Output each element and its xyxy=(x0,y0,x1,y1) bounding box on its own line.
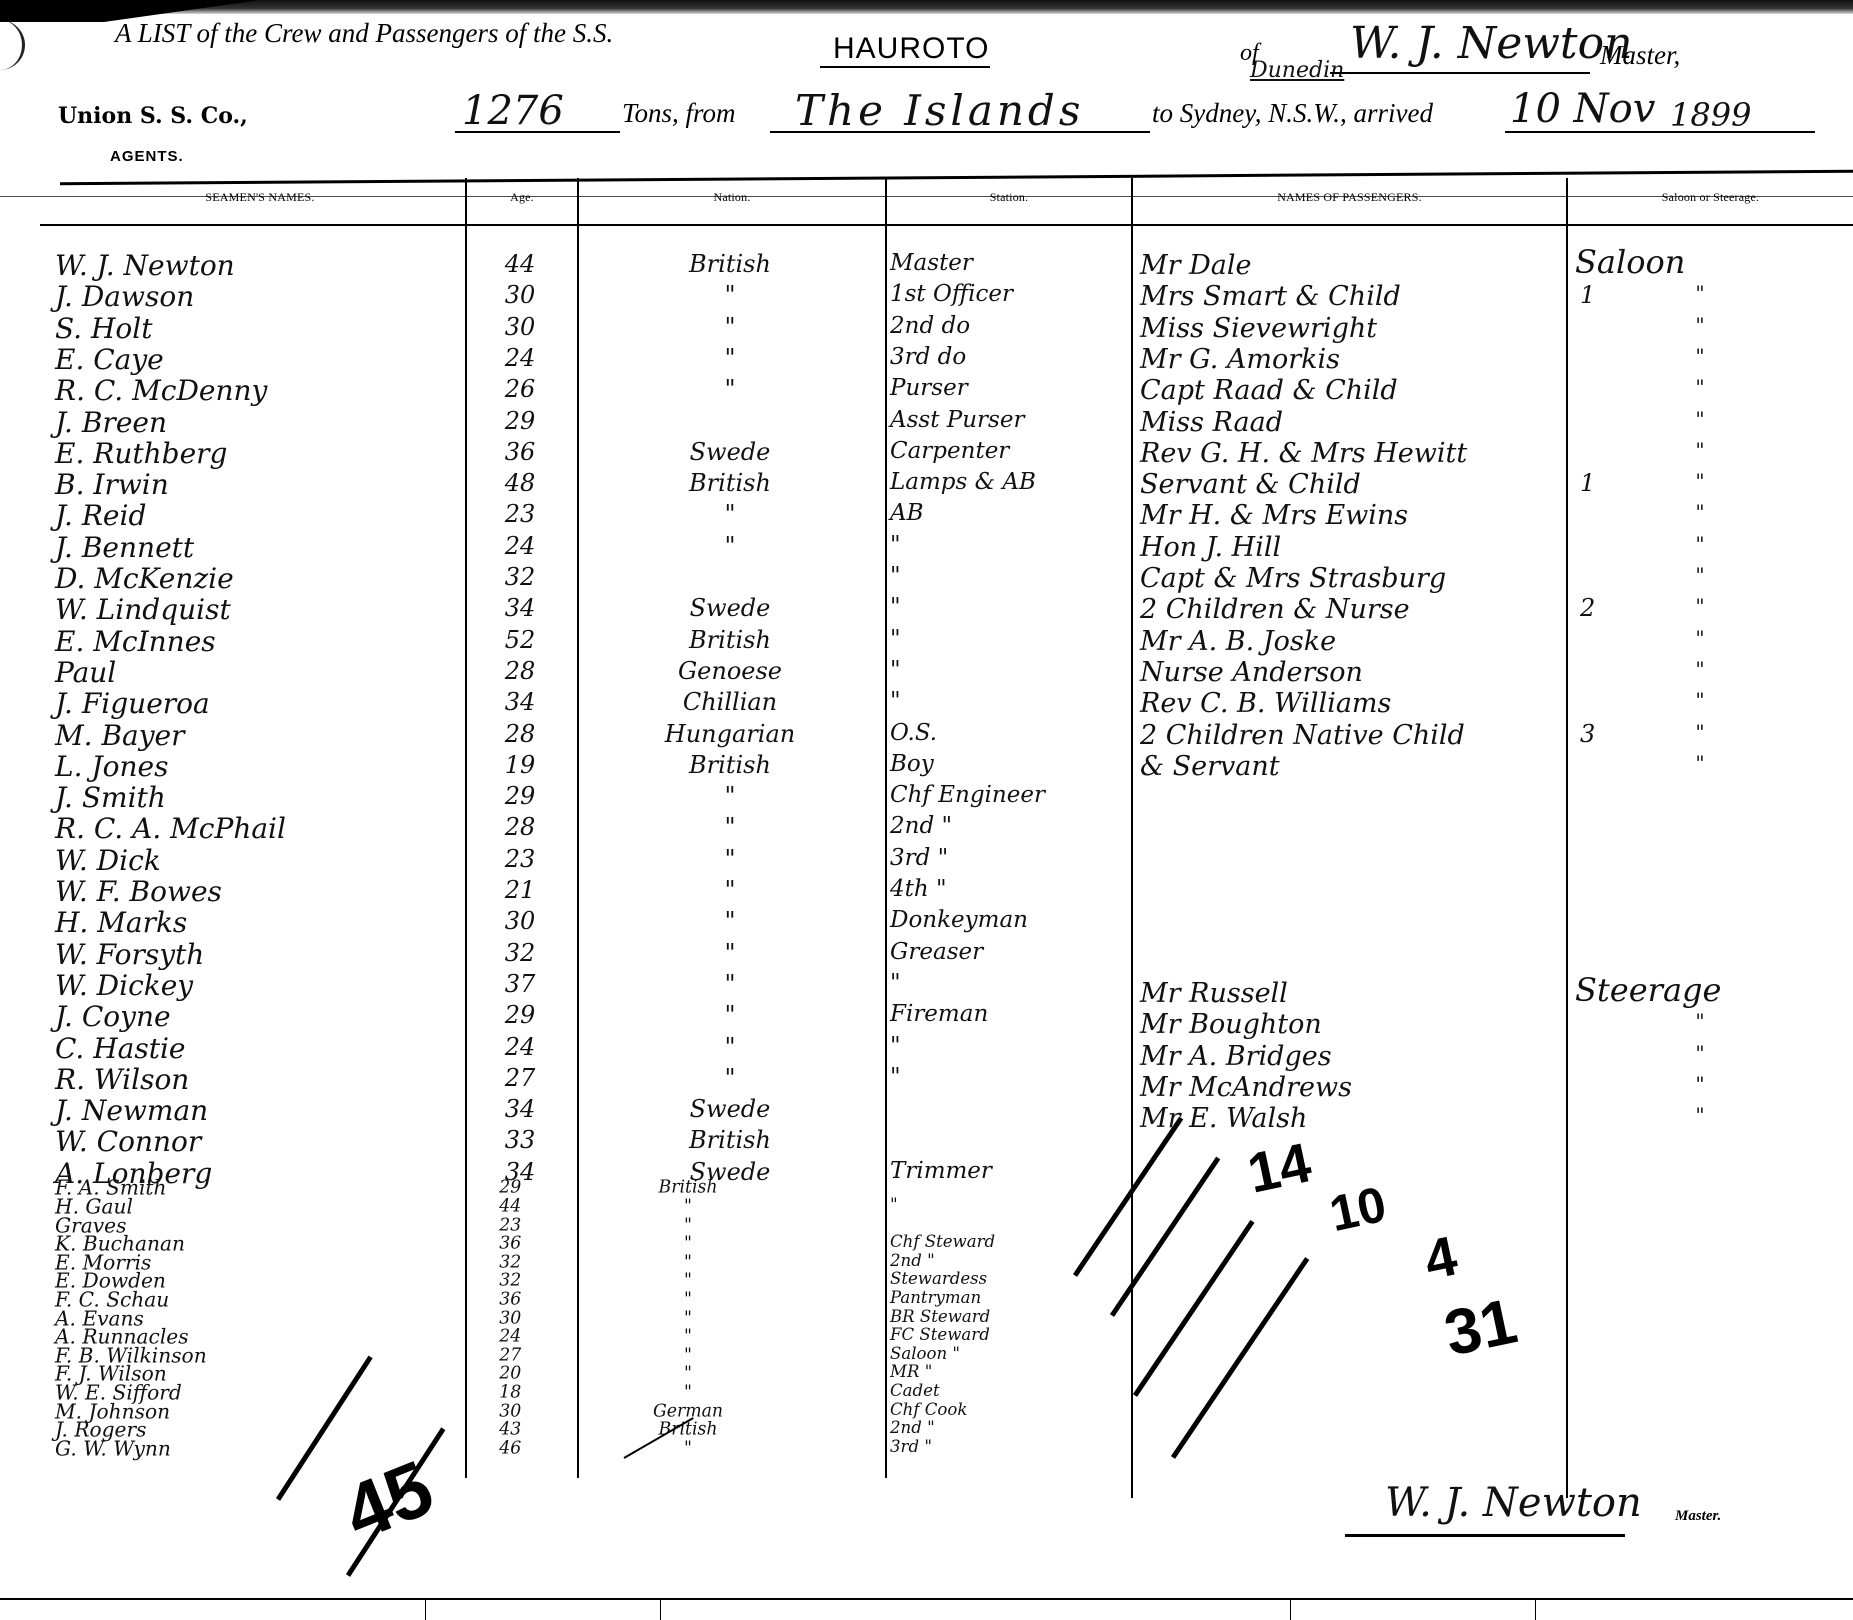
passenger-name: Mr Russell xyxy=(1140,980,1288,1007)
passenger-class: " xyxy=(1590,628,1810,648)
crew-station: O.S. xyxy=(890,722,1130,745)
crew-name: S. Holt xyxy=(55,315,152,343)
crew-age: 23 xyxy=(485,1216,535,1233)
crew-nation: " xyxy=(580,1271,796,1288)
crew-station: " xyxy=(890,972,1130,995)
passenger-name: 2 Children Native Child xyxy=(1140,722,1465,749)
crew-name: J. Coyne xyxy=(55,1003,171,1031)
crew-nation: " xyxy=(580,1197,796,1214)
crew-nation: Swede xyxy=(580,596,880,620)
crew-name: M. Bayer xyxy=(55,722,185,750)
crew-nation: Hungarian xyxy=(580,722,880,746)
crew-station: 3rd do xyxy=(890,346,1130,369)
passenger-class: " xyxy=(1590,596,1810,616)
column-header-station: Station. xyxy=(887,190,1131,205)
crew-age: 32 xyxy=(485,1253,535,1270)
crew-age: 28 xyxy=(485,659,555,683)
crew-station: Lamps & AB xyxy=(890,471,1130,494)
crew-station: Carpenter xyxy=(890,440,1130,463)
from-port-underline xyxy=(770,131,1150,133)
crew-name: D. McKenzie xyxy=(55,565,234,593)
passenger-class: " xyxy=(1590,502,1810,522)
crew-age: 34 xyxy=(485,690,555,714)
crew-age: 30 xyxy=(485,1309,535,1326)
passenger-class: " xyxy=(1590,1105,1810,1125)
crew-age: 30 xyxy=(485,909,555,933)
destination-label: to Sydney, N.S.W., arrived xyxy=(1152,98,1433,129)
crew-station: Greaser xyxy=(890,941,1130,964)
passenger-class: " xyxy=(1590,659,1810,679)
passenger-class: " xyxy=(1590,1074,1810,1094)
crew-station: Donkeyman xyxy=(890,909,1130,932)
crew-age: 43 xyxy=(485,1420,535,1437)
crew-nation: German xyxy=(580,1402,796,1419)
crew-nation: " xyxy=(580,1364,796,1381)
crew-age: 32 xyxy=(485,941,555,965)
scan-top-edge xyxy=(0,0,1853,14)
crew-station: Chf Steward xyxy=(890,1234,1063,1251)
passenger-class: " xyxy=(1590,377,1810,397)
passenger-name: Capt Raad & Child xyxy=(1140,377,1398,404)
crew-age: 30 xyxy=(485,315,555,339)
crew-nation: Swede xyxy=(580,1097,880,1121)
crew-station: " xyxy=(890,690,1130,713)
crew-name: J. Breen xyxy=(55,409,167,437)
crew-age: 34 xyxy=(485,1097,555,1121)
crew-nation: " xyxy=(580,909,880,933)
crew-station: " xyxy=(890,565,1130,588)
passenger-class: " xyxy=(1590,1011,1810,1031)
crew-age: 29 xyxy=(485,1178,535,1195)
crew-age: 29 xyxy=(485,1003,555,1027)
column-header-passengers: NAMES OF PASSENGERS. xyxy=(1133,190,1566,205)
arrival-date: 10 Nov xyxy=(1510,86,1655,132)
passenger-name: Mr Dale xyxy=(1140,252,1252,279)
crew-name: J. Newman xyxy=(55,1097,208,1125)
column-divider-age xyxy=(465,178,467,1478)
crew-age: 44 xyxy=(485,252,555,276)
crew-nation: British xyxy=(580,1420,796,1437)
stamp-mark xyxy=(0,20,25,70)
crew-station: MR " xyxy=(890,1364,1063,1381)
column-header-age: Age. xyxy=(467,190,577,205)
crew-station: Trimmer xyxy=(890,1160,1130,1183)
crew-station: BR Steward xyxy=(890,1309,1063,1326)
passenger-class: " xyxy=(1590,283,1810,303)
passenger-class: " xyxy=(1590,315,1810,335)
crew-name: B. Irwin xyxy=(55,471,169,499)
crew-nation: " xyxy=(580,283,880,307)
crew-age: 32 xyxy=(485,1271,535,1288)
crew-age: 23 xyxy=(485,847,555,871)
crew-nation: " xyxy=(580,972,880,996)
master-name-underline xyxy=(1330,72,1590,74)
tally-grand-total: 31 xyxy=(1438,1283,1523,1370)
crew-nation: " xyxy=(580,1234,796,1251)
crew-age: 29 xyxy=(485,409,555,433)
tonnage-value: 1276 xyxy=(462,88,564,134)
crew-station: Saloon " xyxy=(890,1346,1063,1363)
crew-station: 4th " xyxy=(890,878,1130,901)
footer-divider xyxy=(425,1598,426,1620)
passenger-class: " xyxy=(1590,471,1810,491)
passenger-class: " xyxy=(1590,722,1810,742)
crew-station: 2nd do xyxy=(890,315,1130,338)
crew-station: Pantryman xyxy=(890,1290,1063,1307)
master-signature: W. J. Newton xyxy=(1385,1480,1642,1526)
crew-nation: " xyxy=(580,1439,796,1456)
crew-name: W. Lindquist xyxy=(55,596,231,624)
crew-age: 30 xyxy=(485,1402,535,1419)
passenger-name: Rev C. B. Williams xyxy=(1140,690,1391,717)
crew-station: " xyxy=(890,1035,1130,1058)
crew-nation: British xyxy=(580,1178,796,1195)
crew-name: Paul xyxy=(55,659,116,687)
passenger-name: Rev G. H. & Mrs Hewitt xyxy=(1140,440,1467,467)
header-top-rule xyxy=(60,170,1853,186)
crew-name: W. Dick xyxy=(55,847,161,875)
crew-station: 3rd " xyxy=(890,847,1130,870)
document-title: A LIST of the Crew and Passengers of the… xyxy=(115,18,613,49)
tally-crew-total: 45 xyxy=(331,1442,446,1559)
passenger-name: Servant & Child xyxy=(1140,471,1361,498)
passenger-class: " xyxy=(1590,753,1810,773)
crew-station: 2nd " xyxy=(890,1420,1063,1437)
passenger-class: " xyxy=(1590,440,1810,460)
column-header-class: Saloon or Steerage. xyxy=(1568,190,1853,205)
crew-age: 24 xyxy=(485,1035,555,1059)
crew-age: 24 xyxy=(485,534,555,558)
crew-nation: " xyxy=(580,315,880,339)
column-divider-passengers xyxy=(1131,178,1133,1498)
crew-age: 21 xyxy=(485,878,555,902)
footer-divider xyxy=(1535,1598,1536,1620)
crew-nation: " xyxy=(580,1309,796,1326)
crew-age: 28 xyxy=(485,722,555,746)
column-divider-station xyxy=(885,178,887,1478)
crew-age: 26 xyxy=(485,377,555,401)
crew-nation: Genoese xyxy=(580,659,880,683)
crew-station: " xyxy=(890,596,1130,619)
crew-nation: " xyxy=(580,1290,796,1307)
crew-age: 32 xyxy=(485,565,555,589)
crew-station: Boy xyxy=(890,753,1130,776)
crew-age: 46 xyxy=(485,1439,535,1456)
passenger-name: Mr A. B. Joske xyxy=(1140,628,1336,655)
crew-station: Asst Purser xyxy=(890,409,1130,432)
column-header-seamen: SEAMEN'S NAMES. xyxy=(60,190,460,205)
crew-nation: " xyxy=(580,502,880,526)
agent-name: Union S. S. Co., xyxy=(58,103,248,129)
crew-name: H. Marks xyxy=(55,909,187,937)
crew-age: 52 xyxy=(485,628,555,652)
column-header-nation: Nation. xyxy=(579,190,885,205)
passenger-class: Steerage xyxy=(1575,974,1721,1006)
passenger-class: Saloon xyxy=(1575,246,1685,278)
crew-name: R. C. A. McPhail xyxy=(55,815,286,843)
crew-station: " xyxy=(890,628,1130,651)
crew-station: Cadet xyxy=(890,1383,1063,1400)
crew-nation: " xyxy=(580,878,880,902)
crew-name: R. Wilson xyxy=(55,1066,189,1094)
header-bottom-rule xyxy=(40,224,1853,226)
crew-name: W. Dickey xyxy=(55,972,193,1000)
crew-nation: " xyxy=(580,1066,880,1090)
crew-age: 24 xyxy=(485,1327,535,1344)
crew-station: Purser xyxy=(890,377,1130,400)
crew-name: J. Dawson xyxy=(55,283,194,311)
crew-name: G. W. Wynn xyxy=(55,1439,171,1459)
crew-station: FC Steward xyxy=(890,1327,1063,1344)
crew-name: J. Bennett xyxy=(55,534,194,562)
crew-station: " xyxy=(890,1066,1130,1089)
crew-age: 34 xyxy=(485,596,555,620)
crew-age: 19 xyxy=(485,753,555,777)
master-label: Master, xyxy=(1600,40,1680,71)
tally-saloon: 10 xyxy=(1325,1175,1391,1243)
passenger-name: Capt & Mrs Strasburg xyxy=(1140,565,1446,592)
signature-master-label: Master. xyxy=(1675,1508,1721,1525)
agents-label: AGENTS. xyxy=(110,148,184,165)
passenger-name: Mr E. Walsh xyxy=(1140,1105,1307,1132)
crew-name: E. Ruthberg xyxy=(55,440,227,468)
crew-station: Chf Engineer xyxy=(890,784,1130,807)
passenger-class: " xyxy=(1590,346,1810,366)
crew-nation: " xyxy=(580,377,880,401)
crew-age: 18 xyxy=(485,1383,535,1400)
passenger-name: Mr A. Bridges xyxy=(1140,1043,1332,1070)
footer-divider xyxy=(1290,1598,1291,1620)
crew-nation: " xyxy=(580,784,880,808)
passenger-class: " xyxy=(1590,1043,1810,1063)
passenger-name: Nurse Anderson xyxy=(1140,659,1363,686)
crew-age: 24 xyxy=(485,346,555,370)
crew-age: 28 xyxy=(485,815,555,839)
crew-nation: Chillian xyxy=(580,690,880,714)
crew-nation: " xyxy=(580,1346,796,1363)
crew-station: 3rd " xyxy=(890,1439,1063,1456)
passenger-name: Mr H. & Mrs Ewins xyxy=(1140,502,1408,529)
crew-age: 48 xyxy=(485,471,555,495)
crew-age: 29 xyxy=(485,784,555,808)
crew-station: " xyxy=(890,659,1130,682)
crew-station: " xyxy=(890,534,1130,557)
crew-station: AB xyxy=(890,502,1130,525)
crew-station: " xyxy=(890,1197,1063,1214)
passenger-name: & Servant xyxy=(1140,753,1280,780)
crew-age: 36 xyxy=(485,440,555,464)
tally-slash xyxy=(1171,1257,1309,1459)
crew-name: J. Smith xyxy=(55,784,166,812)
crew-age: 30 xyxy=(485,283,555,307)
crew-nation: " xyxy=(580,346,880,370)
crew-nation: " xyxy=(580,1003,880,1027)
crew-nation: " xyxy=(580,815,880,839)
passenger-class: " xyxy=(1590,565,1810,585)
ship-name-underline xyxy=(820,66,990,68)
crew-age: 44 xyxy=(485,1197,535,1214)
crew-age: 27 xyxy=(485,1346,535,1363)
tally-slash xyxy=(1133,1220,1255,1397)
crew-age: 23 xyxy=(485,502,555,526)
crew-name: W. F. Bowes xyxy=(55,878,222,906)
crew-age: 20 xyxy=(485,1364,535,1381)
crew-nation: " xyxy=(580,1383,796,1400)
passenger-name: Mrs Smart & Child xyxy=(1140,283,1401,310)
crew-nation: British xyxy=(580,1128,880,1152)
crew-nation: Swede xyxy=(580,440,880,464)
crew-age: 27 xyxy=(485,1066,555,1090)
table-bottom-rule xyxy=(0,1598,1853,1600)
crew-nation: British xyxy=(580,252,880,276)
passenger-class: " xyxy=(1590,690,1810,710)
crew-name: L. Jones xyxy=(55,753,168,781)
crew-name: E. McInnes xyxy=(55,628,216,656)
passenger-name: Miss Raad xyxy=(1140,409,1283,436)
crew-station: Fireman xyxy=(890,1003,1130,1026)
crew-nation: " xyxy=(580,534,880,558)
master-name: W. J. Newton xyxy=(1350,18,1632,69)
passenger-name: Hon J. Hill xyxy=(1140,534,1281,561)
crew-nation: " xyxy=(580,847,880,871)
signature-line xyxy=(1345,1534,1625,1537)
crew-station: 2nd " xyxy=(890,1253,1063,1270)
crew-name: J. Figueroa xyxy=(55,690,210,718)
passenger-name: Mr Boughton xyxy=(1140,1011,1322,1038)
crew-nation: " xyxy=(580,1035,880,1059)
from-port: The Islands xyxy=(795,86,1084,135)
crew-station: Chf Cook xyxy=(890,1402,1063,1419)
crew-nation: British xyxy=(580,628,880,652)
crew-nation: British xyxy=(580,471,880,495)
crew-nation: " xyxy=(580,1327,796,1344)
passenger-name: Miss Sievewright xyxy=(1140,315,1377,342)
crew-station: 2nd " xyxy=(890,815,1130,838)
tally-steerage: 4 xyxy=(1419,1222,1463,1292)
crew-name: R. C. McDenny xyxy=(55,377,267,405)
crew-nation: " xyxy=(580,941,880,965)
crew-age: 33 xyxy=(485,1128,555,1152)
crew-name: J. Reid xyxy=(55,502,146,530)
ship-name: HAUROTO xyxy=(833,32,989,66)
crew-nation: " xyxy=(580,1253,796,1270)
crew-name: W. J. Newton xyxy=(55,252,235,280)
tally-slash xyxy=(1073,1117,1183,1277)
tally-passenger-total: 14 xyxy=(1242,1129,1316,1206)
home-port: Dunedin xyxy=(1250,58,1344,83)
passenger-name: Mr G. Amorkis xyxy=(1140,346,1340,373)
crew-name: W. Forsyth xyxy=(55,941,204,969)
crew-nation: " xyxy=(580,1216,796,1233)
crew-nation: British xyxy=(580,753,880,777)
crew-age: 36 xyxy=(485,1290,535,1307)
crew-name: C. Hastie xyxy=(55,1035,185,1063)
crew-station: 1st Officer xyxy=(890,283,1130,306)
crew-age: 37 xyxy=(485,972,555,996)
column-divider-nation xyxy=(577,178,579,1478)
crew-station: Stewardess xyxy=(890,1271,1063,1288)
crew-station: Master xyxy=(890,252,1130,275)
passenger-class: " xyxy=(1590,534,1810,554)
passenger-name: Mr McAndrews xyxy=(1140,1074,1352,1101)
crew-age: 36 xyxy=(485,1234,535,1251)
tonnage-underline xyxy=(455,131,620,133)
column-divider-class xyxy=(1566,178,1568,1498)
footer-divider xyxy=(660,1598,661,1620)
passenger-name: 2 Children & Nurse xyxy=(1140,596,1410,623)
passenger-class: " xyxy=(1590,409,1810,429)
arrival-underline xyxy=(1505,131,1815,133)
arrival-year: 1899 xyxy=(1670,96,1751,134)
crew-name: E. Caye xyxy=(55,346,164,374)
tons-from-label: Tons, from xyxy=(622,98,736,129)
crew-name: W. Connor xyxy=(55,1128,201,1156)
